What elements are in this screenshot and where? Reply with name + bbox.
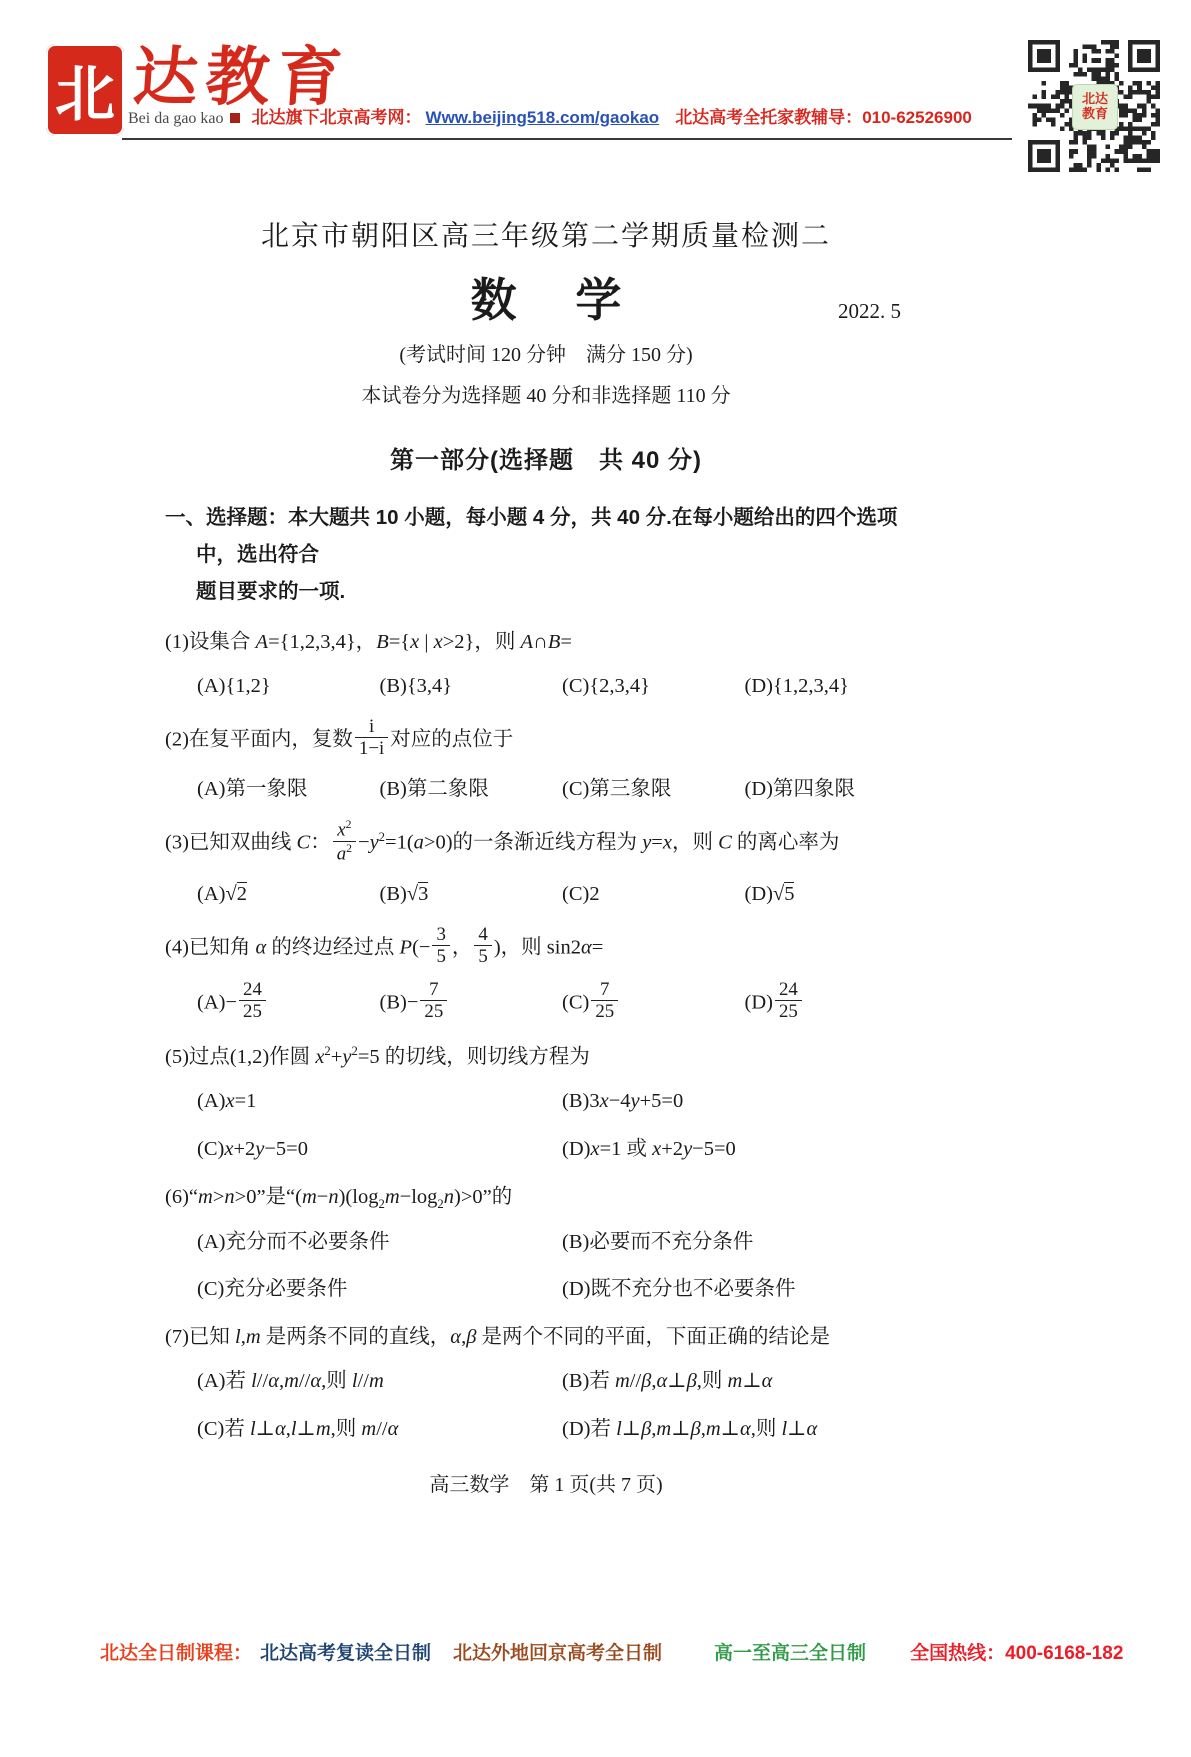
qr-center-label: 北达 教育: [1072, 84, 1118, 130]
question-4-stem: (4)已知角 α 的终边经过点 P(−35，45)，则 sin2α=: [165, 927, 927, 970]
question-5-stem: (5)过点(1,2)作圆 x2+y2=5 的切线，则切线方程为: [165, 1042, 927, 1074]
qr-label-line2: 教育: [1082, 107, 1108, 122]
question-6-option-d: (D)既不充分也不必要条件: [562, 1274, 927, 1305]
question-2-options: (A)第一象限 (B)第二象限 (C)第三象限 (D)第四象限: [165, 774, 927, 805]
question-6-option-c: (C)充分必要条件: [197, 1274, 562, 1305]
exam-page: 北 达教育 Bei da gao kao北达旗下北京高考网：Www.beijin…: [0, 0, 1191, 1757]
question-4-option-a: (A)−2425: [197, 982, 380, 1025]
question-6-option-b: (B)必要而不充分条件: [562, 1227, 927, 1258]
qr-label-line1: 北达: [1082, 92, 1108, 107]
question-6-options: (A)充分而不必要条件 (B)必要而不充分条件 (C)充分必要条件 (D)既不充…: [165, 1227, 927, 1306]
site-label: 北达旗下北京高考网：: [252, 108, 422, 127]
qr-code: 北达 教育: [1028, 40, 1160, 172]
question-5: (5)过点(1,2)作圆 x2+y2=5 的切线，则切线方程为 (A)x=1 (…: [165, 1042, 927, 1164]
header-divider: [122, 138, 1012, 140]
logo-seal-char: 北: [55, 47, 115, 133]
tutor-label: 北达高考全托家教辅导：: [675, 108, 862, 127]
question-4-option-c: (C)725: [562, 982, 745, 1025]
question-3-options: (A)√2 (B)√3 (C)2 (D)√5: [165, 879, 927, 910]
promo-returning-students: 北达外地回京高考全日制: [453, 1643, 662, 1664]
header-tagline: Bei da gao kao北达旗下北京高考网：Www.beijing518.c…: [128, 103, 972, 128]
page-number: 高三数学 第 1 页(共 7 页): [165, 1468, 927, 1497]
question-1-stem: (1)设集合 A={1,2,3,4}，B={x | x>2}，则 A∩B=: [165, 627, 927, 659]
question-7-option-b: (B)若 m//β,α⊥β,则 m⊥α: [562, 1366, 927, 1397]
question-7-options: (A)若 l//α,m//α,则 l//m (B)若 m//β,α⊥β,则 m⊥…: [165, 1366, 927, 1445]
question-2-option-c: (C)第三象限: [562, 774, 745, 805]
subject-title: 数 学: [471, 264, 622, 330]
question-1-options: (A){1,2} (B){3,4} (C){2,3,4} (D){1,2,3,4…: [165, 671, 927, 702]
question-4-option-b: (B)−725: [380, 982, 563, 1025]
red-square-bullet: [230, 113, 240, 123]
exam-body: 北京市朝阳区高三年级第二学期质量检测二 数 学 2022. 5 (考试时间 12…: [165, 214, 927, 1517]
question-1-option-a: (A){1,2}: [197, 671, 380, 702]
question-7-option-c: (C)若 l⊥α,l⊥m,则 m//α: [197, 1414, 562, 1445]
header: 北 达教育 Bei da gao kao北达旗下北京高考网：Www.beijin…: [0, 0, 1191, 175]
subject-row: 数 学 2022. 5: [165, 264, 927, 326]
question-3-stem: (3)已知双曲线 C：x2a2−y2=1(a>0)的一条渐近线方程为 y=x，则…: [165, 821, 927, 867]
question-4: (4)已知角 α 的终边经过点 P(−35，45)，则 sin2α= (A)−2…: [165, 927, 927, 1025]
question-6: (6)“m>n>0”是“(m−n)(log2m−log2n)>0”的 (A)充分…: [165, 1182, 927, 1305]
question-5-option-c: (C)x+2y−5=0: [197, 1134, 562, 1165]
question-3-option-b: (B)√3: [380, 879, 563, 910]
question-1-option-c: (C){2,3,4}: [562, 671, 745, 702]
question-3-option-d: (D)√5: [745, 879, 928, 910]
question-7-stem: (7)已知 l,m 是两条不同的直线，α,β 是两个不同的平面，下面正确的结论是: [165, 1322, 927, 1354]
question-1-option-b: (B){3,4}: [380, 671, 563, 702]
question-3-option-a: (A)√2: [197, 879, 380, 910]
exam-title: 北京市朝阳区高三年级第二学期质量检测二: [165, 214, 927, 254]
exam-info-structure: 本试卷分为选择题 40 分和非选择题 110 分: [165, 379, 927, 408]
question-1: (1)设集合 A={1,2,3,4}，B={x | x>2}，则 A∩B= (A…: [165, 627, 927, 702]
section-instructions: 一、选择题：本大题共 10 小题，每小题 4 分，共 40 分.在每小题给出的四…: [165, 499, 927, 610]
question-6-option-a: (A)充分而不必要条件: [197, 1227, 562, 1258]
logo-pinyin: Bei da gao kao: [128, 110, 224, 127]
question-5-option-d: (D)x=1 或 x+2y−5=0: [562, 1134, 927, 1165]
question-4-option-d: (D)2425: [745, 982, 928, 1025]
exam-date: 2022. 5: [838, 299, 901, 324]
question-7-option-a: (A)若 l//α,m//α,则 l//m: [197, 1366, 562, 1397]
promo-courses-label: 北达全日制课程：: [100, 1643, 252, 1664]
promo-grades: 高一至高三全日制: [714, 1643, 866, 1664]
question-3: (3)已知双曲线 C：x2a2−y2=1(a>0)的一条渐近线方程为 y=x，则…: [165, 821, 927, 910]
question-5-option-b: (B)3x−4y+5=0: [562, 1086, 927, 1117]
logo-seal: 北: [46, 44, 124, 136]
question-1-option-d: (D){1,2,3,4}: [745, 671, 928, 702]
question-5-option-a: (A)x=1: [197, 1086, 562, 1117]
question-2-option-a: (A)第一象限: [197, 774, 380, 805]
question-4-options: (A)−2425 (B)−725 (C)725 (D)2425: [165, 982, 927, 1025]
question-2-option-b: (B)第二象限: [380, 774, 563, 805]
question-2-stem: (2)在复平面内，复数i1−i对应的点位于: [165, 719, 927, 762]
question-3-option-c: (C)2: [562, 879, 745, 910]
promo-bar: 北达全日制课程：北达高考复读全日制北达外地回京高考全日制高一至高三全日制全国热线…: [100, 1638, 1140, 1665]
site-link[interactable]: Www.beijing518.com/gaokao: [426, 108, 660, 127]
promo-hotline: 全国热线：400-6168-182: [910, 1643, 1123, 1664]
part1-heading: 第一部分(选择题 共 40 分): [165, 440, 927, 475]
question-2: (2)在复平面内，复数i1−i对应的点位于 (A)第一象限 (B)第二象限 (C…: [165, 719, 927, 805]
question-7: (7)已知 l,m 是两条不同的直线，α,β 是两个不同的平面，下面正确的结论是…: [165, 1322, 927, 1444]
exam-info-time: (考试时间 120 分钟 满分 150 分): [165, 338, 927, 367]
question-2-option-d: (D)第四象限: [745, 774, 928, 805]
tutor-phone: 010-62526900: [862, 108, 972, 127]
question-7-option-d: (D)若 l⊥β,m⊥β,m⊥α,则 l⊥α: [562, 1414, 927, 1445]
promo-fulltime-repeat: 北达高考复读全日制: [260, 1643, 431, 1664]
question-6-stem: (6)“m>n>0”是“(m−n)(log2m−log2n)>0”的: [165, 1182, 927, 1215]
question-5-options: (A)x=1 (B)3x−4y+5=0 (C)x+2y−5=0 (D)x=1 或…: [165, 1086, 927, 1165]
